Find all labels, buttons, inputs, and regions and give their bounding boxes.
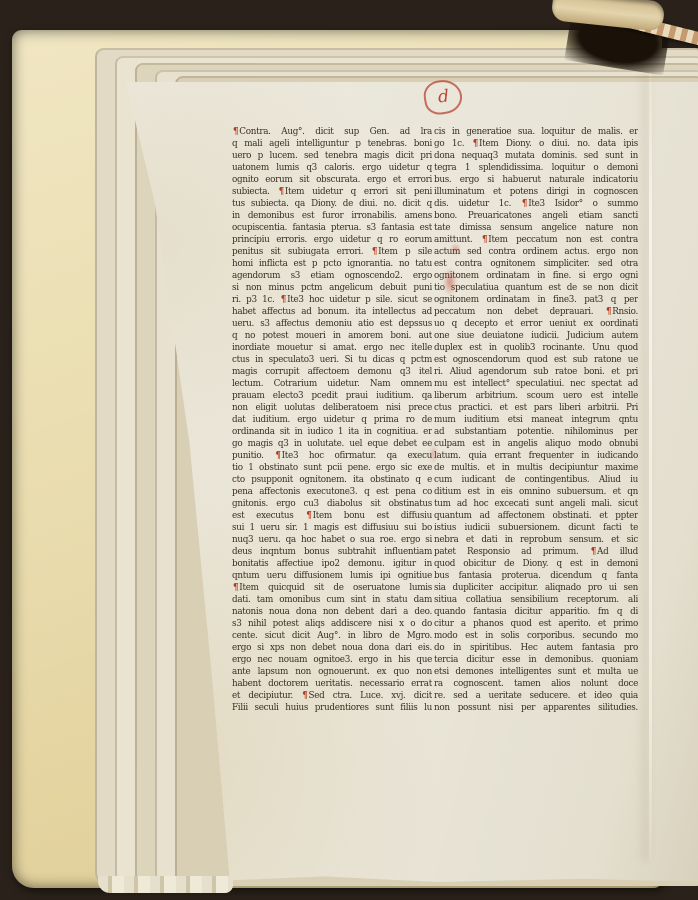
text-line: punitio. ¶Ite3 hoc ofirmatur. qa execu	[232, 450, 432, 462]
text-line: ergo nec nouam ognitoe3. ergo in his que	[232, 654, 432, 666]
text-line: go magis q3 in uolutate. uel eque debet …	[232, 438, 432, 450]
text-line: cente. sicut dicit Aug°. in libro de Mgr…	[232, 630, 432, 642]
text-line: habent doctorem ueritatis. necessario er…	[232, 678, 432, 690]
text-line: ante lapsum non ognouerunt. ex quo non	[232, 666, 432, 678]
text-line: ¶Item quicquid sit de oseruatone lumis	[232, 582, 432, 594]
text-line: non possunt nisi per apparentes silitudi…	[434, 702, 638, 714]
text-line: ctus in speculato3 ueri. Si tu dicas q p…	[232, 354, 432, 366]
text-line: one siue deuiatone iudicii. Judicium aut…	[434, 330, 638, 342]
text-line: gnitonis. ergo cu3 diabolus sit obstinat…	[232, 498, 432, 510]
text-line: nebra et dati in reprobum sensum. et sic	[434, 534, 638, 546]
pilcrow-rubric: ¶	[481, 235, 488, 245]
pilcrow-rubric: ¶	[472, 139, 479, 149]
text-line: dona nequaq3 mutata dominis. sed sunt in	[434, 150, 638, 162]
text-line: sitiua collatiua sensibilium receptorum.…	[434, 594, 638, 606]
text-line: ditium est in eis omnino subuersum. et q…	[434, 486, 638, 498]
pilcrow-rubric: ¶	[521, 199, 528, 209]
pilcrow-rubric: ¶	[305, 511, 312, 521]
text-line: bus. ergo si habuerut naturale indicator…	[434, 174, 638, 186]
text-line: ueru. s3 affectus demoniu atio est depss…	[232, 318, 432, 330]
text-line: qntum ueru diffusionem lumis ipi ognitiu…	[232, 570, 432, 582]
text-line: ordinanda sit in iudico 1 ita in cogniti…	[232, 426, 432, 438]
text-line: quod obicitur de Diony. q est in demoni	[434, 558, 638, 570]
text-line: de multis. et in multis decipiuntur maxi…	[434, 462, 638, 474]
text-line: quantum ad affectonem obstinati. et ppte…	[434, 510, 638, 522]
pilcrow-rubric: ¶	[274, 451, 281, 461]
text-line: cto psupponit ognitonem. ita obstinato q…	[232, 474, 432, 486]
text-line: tercia dicitur esse in demonibus. quonia…	[434, 654, 638, 666]
text-line: actum sed contra ordinem actus. ergo non	[434, 246, 638, 258]
text-line: ognitonem ordinatam in fine. si ergo ogn…	[434, 270, 638, 282]
ink-smudge	[450, 243, 461, 255]
text-line: ognito eorum sit obscurata. ergo et erro…	[232, 174, 432, 186]
text-line: etsi demones intelligentes sunt et multa…	[434, 666, 638, 678]
pilcrow-rubric: ¶	[605, 307, 612, 317]
text-line: natonis noua dona non debent dari a deo.	[232, 606, 432, 618]
pilcrow-rubric: ¶	[301, 691, 308, 701]
pilcrow-rubric: ¶	[232, 127, 239, 137]
text-line: tus subiecta. qa Diony. de diui. no. dic…	[232, 198, 432, 210]
text-column-2: cis in generatioe sua. loquitur de malis…	[434, 126, 638, 714]
text-line: do in spiritibus. Hec autem fantasia pro	[434, 642, 638, 654]
text-line: bonitatis affectiue ipo2 demonu. igitur …	[232, 558, 432, 570]
text-line: q mali ageli intelliguntur p tenebras. b…	[232, 138, 432, 150]
text-line: ra cognoscent. tamen alios nolunt doce	[434, 678, 638, 690]
text-line: inordiate mouetur si amat. ergo nec itel…	[232, 342, 432, 354]
pilcrow-rubric: ¶	[278, 187, 285, 197]
text-line: nuq3 ueru. qa hoc habet o sua roe. ergo …	[232, 534, 432, 546]
text-line: ri. Aliud agendorum sub ratoe boni. et p…	[434, 366, 638, 378]
text-column-1: ¶Contra. Aug°. dicit sup Gen. ad lraq ma…	[232, 126, 432, 714]
text-line: tum ad hoc excecati sunt angeli mali. si…	[434, 498, 638, 510]
page-edge-stack-bottom	[98, 876, 233, 893]
text-line: istius iudicii subuersionem. dicunt fact…	[434, 522, 638, 534]
text-line: Filii seculi huius prudentiores sunt fil…	[232, 702, 432, 714]
text-line: cis in generatioe sua. loquitur de malis…	[434, 126, 638, 138]
text-line: bono. Preuaricatones angeli etiam sancti	[434, 210, 638, 222]
ink-smudge	[429, 444, 438, 464]
ink-smudge	[443, 268, 457, 296]
text-line: mu est intellect° speculatiui. nec spect…	[434, 378, 638, 390]
text-line: ocupiscentia. fantasia pterua. s3 fantas…	[232, 222, 432, 234]
text-line: ad substantiam potentie. nihilominus per	[434, 426, 638, 438]
text-line: est contra ognitonem simpliciter. sed ot…	[434, 258, 638, 270]
text-line: dat iuditium. ergo uidetur q prima ro de	[232, 414, 432, 426]
text-line: illuminatum et potens dirigi in cognosce…	[434, 186, 638, 198]
text-line: est executus ¶Item bonu est diffusiu	[232, 510, 432, 522]
text-line: peccatum non debet deprauari. ¶Rnsio.	[434, 306, 638, 318]
pilcrow-rubric: ¶	[371, 247, 378, 257]
page-fold-highlight	[649, 72, 652, 860]
text-line: modo est in solis corporibus. secundo mo	[434, 630, 638, 642]
text-line: ¶Contra. Aug°. dicit sup Gen. ad lra	[232, 126, 432, 138]
text-line: citur a phanos quod est aperito. et prim…	[434, 618, 638, 630]
text-line: ognitonem ordinatam in fine3. pat3 q per	[434, 294, 638, 306]
folio-letter: d	[437, 88, 449, 106]
text-line: latum. quia errant frequenter in iudican…	[434, 450, 638, 462]
text-line: magis corrupit affectoem demonu q3 itel	[232, 366, 432, 378]
text-line: homi inflicta est p pcto ignorantia. no …	[232, 258, 432, 270]
text-line: tio 1 obstinato sunt pcii pene. ergo sic…	[232, 462, 432, 474]
text-line: uero p lucem. sed tenebra magis dicit pr…	[232, 150, 432, 162]
text-line: pena affectonis executone3. q est pena c…	[232, 486, 432, 498]
text-line: subiecta. ¶Item uidetur q errori sit pen…	[232, 186, 432, 198]
text-line: deus inqntum bonus subtrahit influentiam	[232, 546, 432, 558]
text-line: uatonem lumis q3 caloris. ergo uidetur q	[232, 162, 432, 174]
text-line: amittunt. ¶Item peccatum non est contra	[434, 234, 638, 246]
text-line: penitus sit subiugata errori. ¶Item p si…	[232, 246, 432, 258]
text-line: sia dupliciter accipitur. aliqnado pro u…	[434, 582, 638, 594]
text-line: dis. uidetur 1c. ¶Ite3 Isidor° o summo	[434, 198, 638, 210]
text-line: dati. tam omonibus cum sint in statu dam	[232, 594, 432, 606]
text-line: tio speculatiua quantum est de se non di…	[434, 282, 638, 294]
text-line: re. sed a ueritate seducere. et ideo qui…	[434, 690, 638, 702]
book-photo: d ¶Contra. Aug°. dicit sup Gen. ad lraq …	[0, 0, 698, 900]
text-line: habet affectus ad bonum. ita intellectus…	[232, 306, 432, 318]
text-line: et decipiutur. ¶Sed ctra. Luce. xvj. dic…	[232, 690, 432, 702]
text-line: culpam est in angelis aliquo modo obnubi	[434, 438, 638, 450]
text-line: s3 nihil potest aliqs addiscere nisi x o…	[232, 618, 432, 630]
text-line: prauam electo3 pcedit praui iuditium. qa	[232, 390, 432, 402]
text-line: lectum. Cotrarium uidetur. Nam omnem	[232, 378, 432, 390]
text-line: mum iuditium etsi maneat integrum qntu	[434, 414, 638, 426]
pilcrow-rubric: ¶	[590, 547, 597, 557]
text-line: tegra 1 splendidissima. loquitur o demon…	[434, 162, 638, 174]
text-line: uo q decepto et error ueniut ex oordinat…	[434, 318, 638, 330]
text-line: principiu erroris. ergo uidetur q ro eor…	[232, 234, 432, 246]
pilcrow-rubric: ¶	[280, 295, 287, 305]
text-line: go 1c. ¶Item Diony. o diui. no. data ipi…	[434, 138, 638, 150]
text-line: ctus practici. et est pars liberi arbitr…	[434, 402, 638, 414]
text-line: quando fantasia dicitur apparitio. fm q …	[434, 606, 638, 618]
text-line: ergo si xps non debet noua dona dari eis…	[232, 642, 432, 654]
text-line: duplex est in quolib3 rocinante. Unu quo…	[434, 342, 638, 354]
text-line: si non minus pctm angelicum debuit puni	[232, 282, 432, 294]
text-line: q no potest moueri in amorem boni. aut	[232, 330, 432, 342]
text-line: non eligit uolutas deliberatoem nisi pre…	[232, 402, 432, 414]
text-line: agendorum s3 etiam ognoscendo2. ergo	[232, 270, 432, 282]
text-line: cum iudicant de contingentibus. Aliud iu	[434, 474, 638, 486]
text-line: sui 1 ueru sir. 1 magis est diffusiuu su…	[232, 522, 432, 534]
text-line: bus fantasia proterua. dicendum q fanta	[434, 570, 638, 582]
text-line: patet Responsio ad primum. ¶Ad illud	[434, 546, 638, 558]
text-line: liberum arbitrium. scoum uero est intell…	[434, 390, 638, 402]
text-line: in demonibus est furor irronabilis. amen…	[232, 210, 432, 222]
pilcrow-rubric: ¶	[232, 583, 239, 593]
text-line: est ognoscendorum quod est sub ratone ue	[434, 354, 638, 366]
text-line: ri. p3 1c. ¶Ite3 hoc uidetur p sile. sic…	[232, 294, 432, 306]
text-line: tate dimissa sensum angelice nature non	[434, 222, 638, 234]
